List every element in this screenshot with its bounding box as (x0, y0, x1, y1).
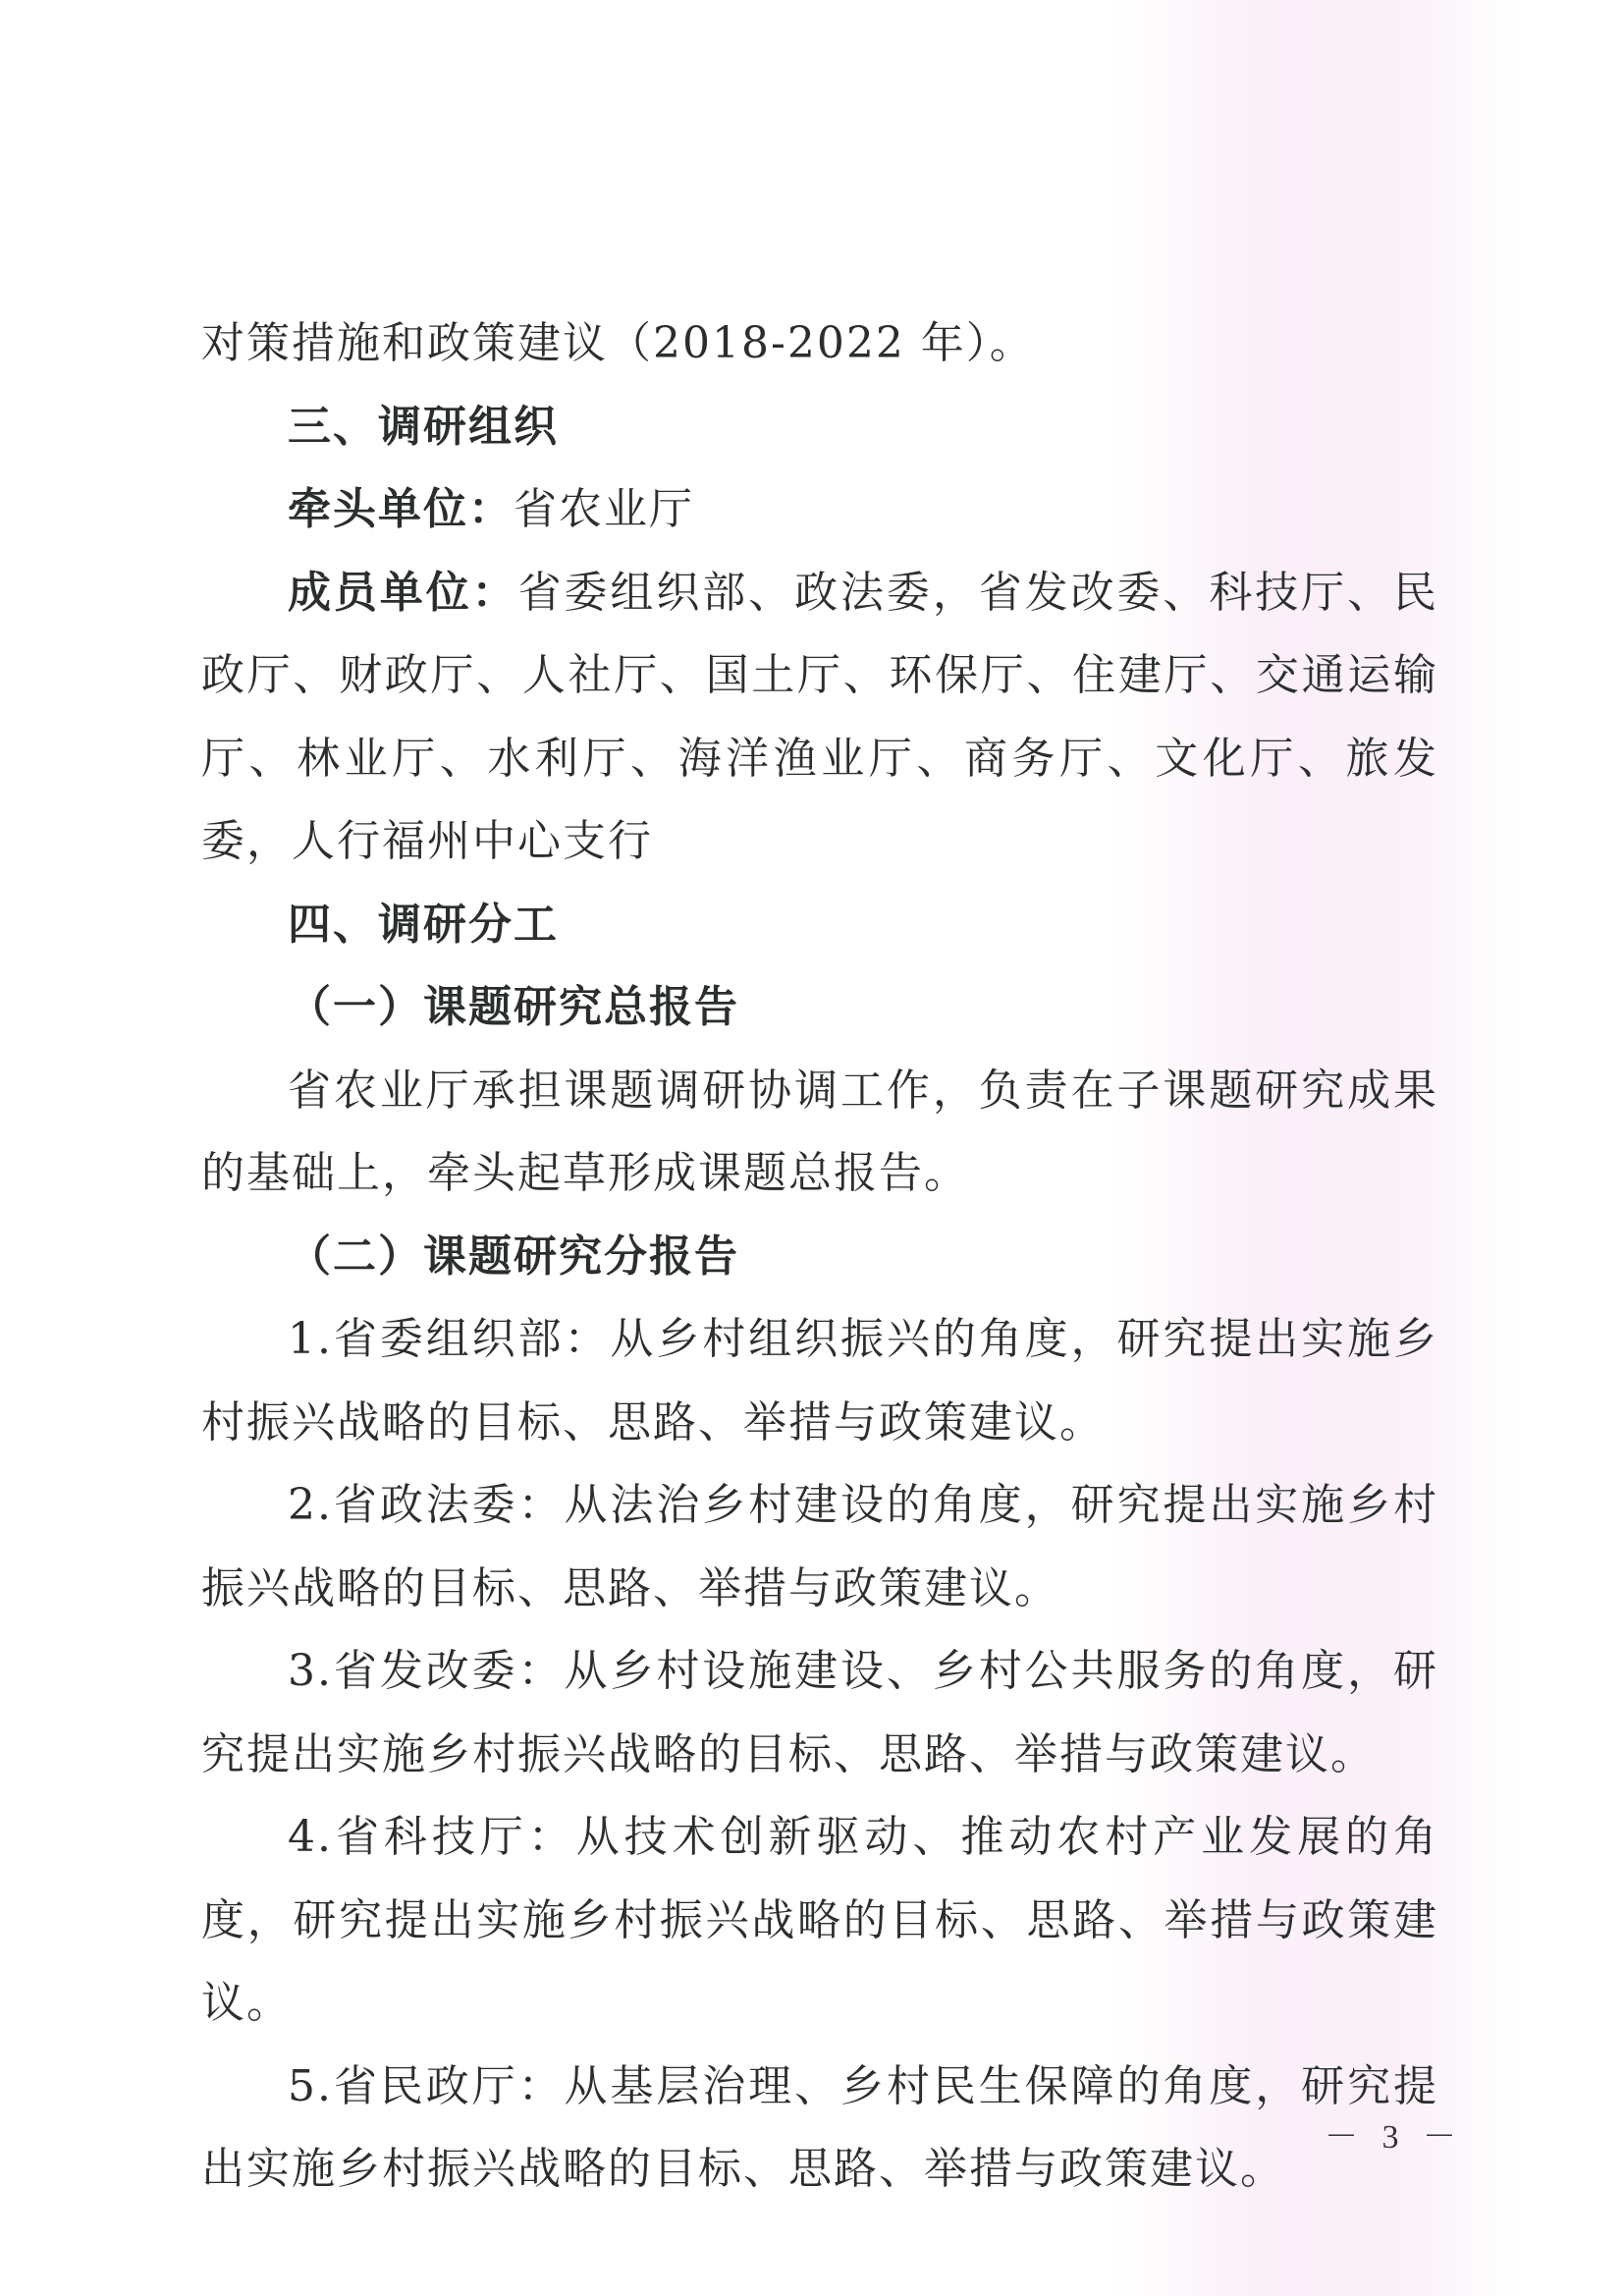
subsection-2-heading: （二）课题研究分报告 (201, 1216, 1438, 1299)
page-number: － 3 － (1316, 2109, 1473, 2158)
list-item: 3.省发改委：从乡村设施建设、乡村公共服务的角度，研究提出实施乡村振兴战略的目标… (201, 1630, 1438, 1796)
lead-unit-value: 省农业厅 (514, 484, 694, 534)
lead-unit: 牵头单位：省农业厅 (201, 468, 1438, 552)
list-item: 1.省委组织部：从乡村组织振兴的角度，研究提出实施乡村振兴战略的目标、思路、举措… (201, 1298, 1438, 1464)
document-body: 对策措施和政策建议（2018-2022 年）。 三、调研组织 牵头单位：省农业厅… (201, 302, 1438, 2212)
member-units-label: 成员单位： (288, 568, 518, 618)
list-item: 2.省政法委：从法治乡村建设的角度，研究提出实施乡村振兴战略的目标、思路、举措与… (201, 1464, 1438, 1630)
subsection-1-heading: （一）课题研究总报告 (201, 966, 1438, 1050)
lead-unit-label: 牵头单位： (288, 484, 514, 534)
list-item: 5.省民政厅：从基层治理、乡村民生保障的角度，研究提出实施乡村振兴战略的目标、思… (201, 2046, 1438, 2212)
subsection-1-body: 省农业厅承担课题调研协调工作，负责在子课题研究成果的基础上，牵头起草形成课题总报… (201, 1050, 1438, 1216)
section-4-heading: 四、调研分工 (201, 884, 1438, 967)
member-units: 成员单位：省委组织部、政法委，省发改委、科技厅、民政厅、财政厅、人社厅、国土厅、… (201, 552, 1438, 884)
continuation-line: 对策措施和政策建议（2018-2022 年）。 (201, 302, 1438, 386)
section-3-heading: 三、调研组织 (201, 386, 1438, 469)
list-item: 4.省科技厅：从技术创新驱动、推动农村产业发展的角度，研究提出实施乡村振兴战略的… (201, 1796, 1438, 2046)
